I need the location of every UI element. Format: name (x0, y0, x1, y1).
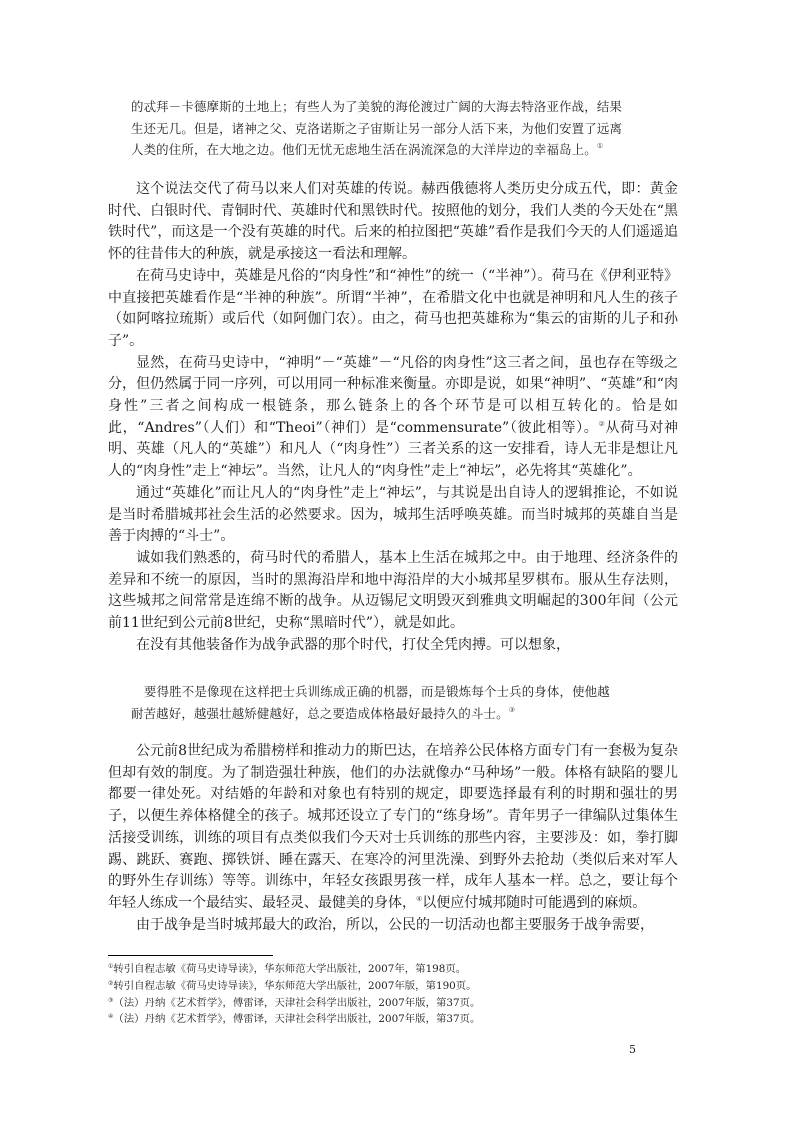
body-text-section-2: 公元前8世纪成为希腊榜样和推动力的斯巴达，在培养公民体格方面专门有一套极为复杂但… (108, 741, 678, 936)
footnotes: ①转引自程志敏《荷马史诗导读》，华东师范大学出版社，2007年，第198页。 ②… (108, 961, 668, 1028)
footnote-3: ③（法）丹纳《艺术哲学》，傅雷译，天津社会科学出版社，2007年版，第37页。 (108, 995, 668, 1012)
footnote-separator (108, 955, 273, 956)
quote-line: 人类的住所，在大地之边。他们无忧无虑地生活在涡流深急的大洋岸边的幸福岛上。① (131, 139, 661, 161)
paragraph: 在荷马史诗中，英雄是凡俗的“肉身性”和“神性”的统一（“半神”）。荷马在《伊利亚… (108, 266, 678, 353)
quote-line: 的忒拜－卡德摩斯的土地上；有些人为了美貌的海伦渡过广阔的大海去特洛亚作战，结果 (131, 96, 661, 118)
body-text-section-1: 这个说法交代了荷马以来人们对英雄的传说。赫西俄德将人类历史分成五代，即：黄金时代… (108, 179, 678, 656)
footnote-1: ①转引自程志敏《荷马史诗导读》，华东师范大学出版社，2007年，第198页。 (108, 961, 668, 978)
block-quote-hesiod: 的忒拜－卡德摩斯的土地上；有些人为了美貌的海伦渡过广阔的大海去特洛亚作战，结果 … (131, 96, 661, 161)
quote-line: 要得胜不是像现在这样把士兵训练成正确的机器，而是锻炼每个士兵的身体，使他越 (131, 681, 661, 703)
paragraph: 公元前8世纪成为希腊榜样和推动力的斯巴达，在培养公民体格方面专门有一套极为复杂但… (108, 741, 678, 915)
paragraph: 这个说法交代了荷马以来人们对英雄的传说。赫西俄德将人类历史分成五代，即：黄金时代… (108, 179, 678, 266)
paragraph: 诚如我们熟悉的，荷马时代的希腊人，基本上生活在城邦之中。由于地理、经济条件的差异… (108, 548, 678, 635)
quote-line: 耐苦越好，越强壮越矫健越好，总之要造成体格最好最持久的斗士。③ (131, 703, 661, 725)
paragraph: 显然，在荷马史诗中，“神明”－“英雄”－“凡俗的肉身性”这三者之间，虽也存在等级… (108, 353, 678, 483)
page-number: 5 (629, 1043, 636, 1056)
paragraph: 由于战争是当时城邦最大的政治，所以，公民的一切活动也都主要服务于战争需要， (108, 915, 678, 937)
paragraph: 通过“英雄化”而让凡人的“肉身性”走上“神坛”，与其说是出自诗人的逻辑推论，不如… (108, 483, 678, 548)
footnote-ref-1[interactable]: ① (597, 142, 603, 150)
footnote-ref-3[interactable]: ③ (509, 706, 515, 714)
block-quote-taine: 要得胜不是像现在这样把士兵训练成正确的机器，而是锻炼每个士兵的身体，使他越 耐苦… (131, 681, 661, 724)
footnote-2: ②转引自程志敏《荷马史诗导读》，华东师范大学出版社，2007年版，第190页。 (108, 978, 668, 995)
paragraph: 在没有其他装备作为战争武器的那个时代，打仗全凭肉搏。可以想象， (108, 635, 678, 657)
footnote-4: ④（法）丹纳《艺术哲学》，傅雷译，天津社会科学出版社，2007年版，第37页。 (108, 1011, 668, 1028)
quote-line: 生还无几。但是，诸神之父、克洛诺斯之子宙斯让另一部分人活下来，为他们安置了远离 (131, 118, 661, 140)
document-page: 的忒拜－卡德摩斯的土地上；有些人为了美貌的海伦渡过广阔的大海去特洛亚作战，结果 … (0, 0, 793, 1122)
